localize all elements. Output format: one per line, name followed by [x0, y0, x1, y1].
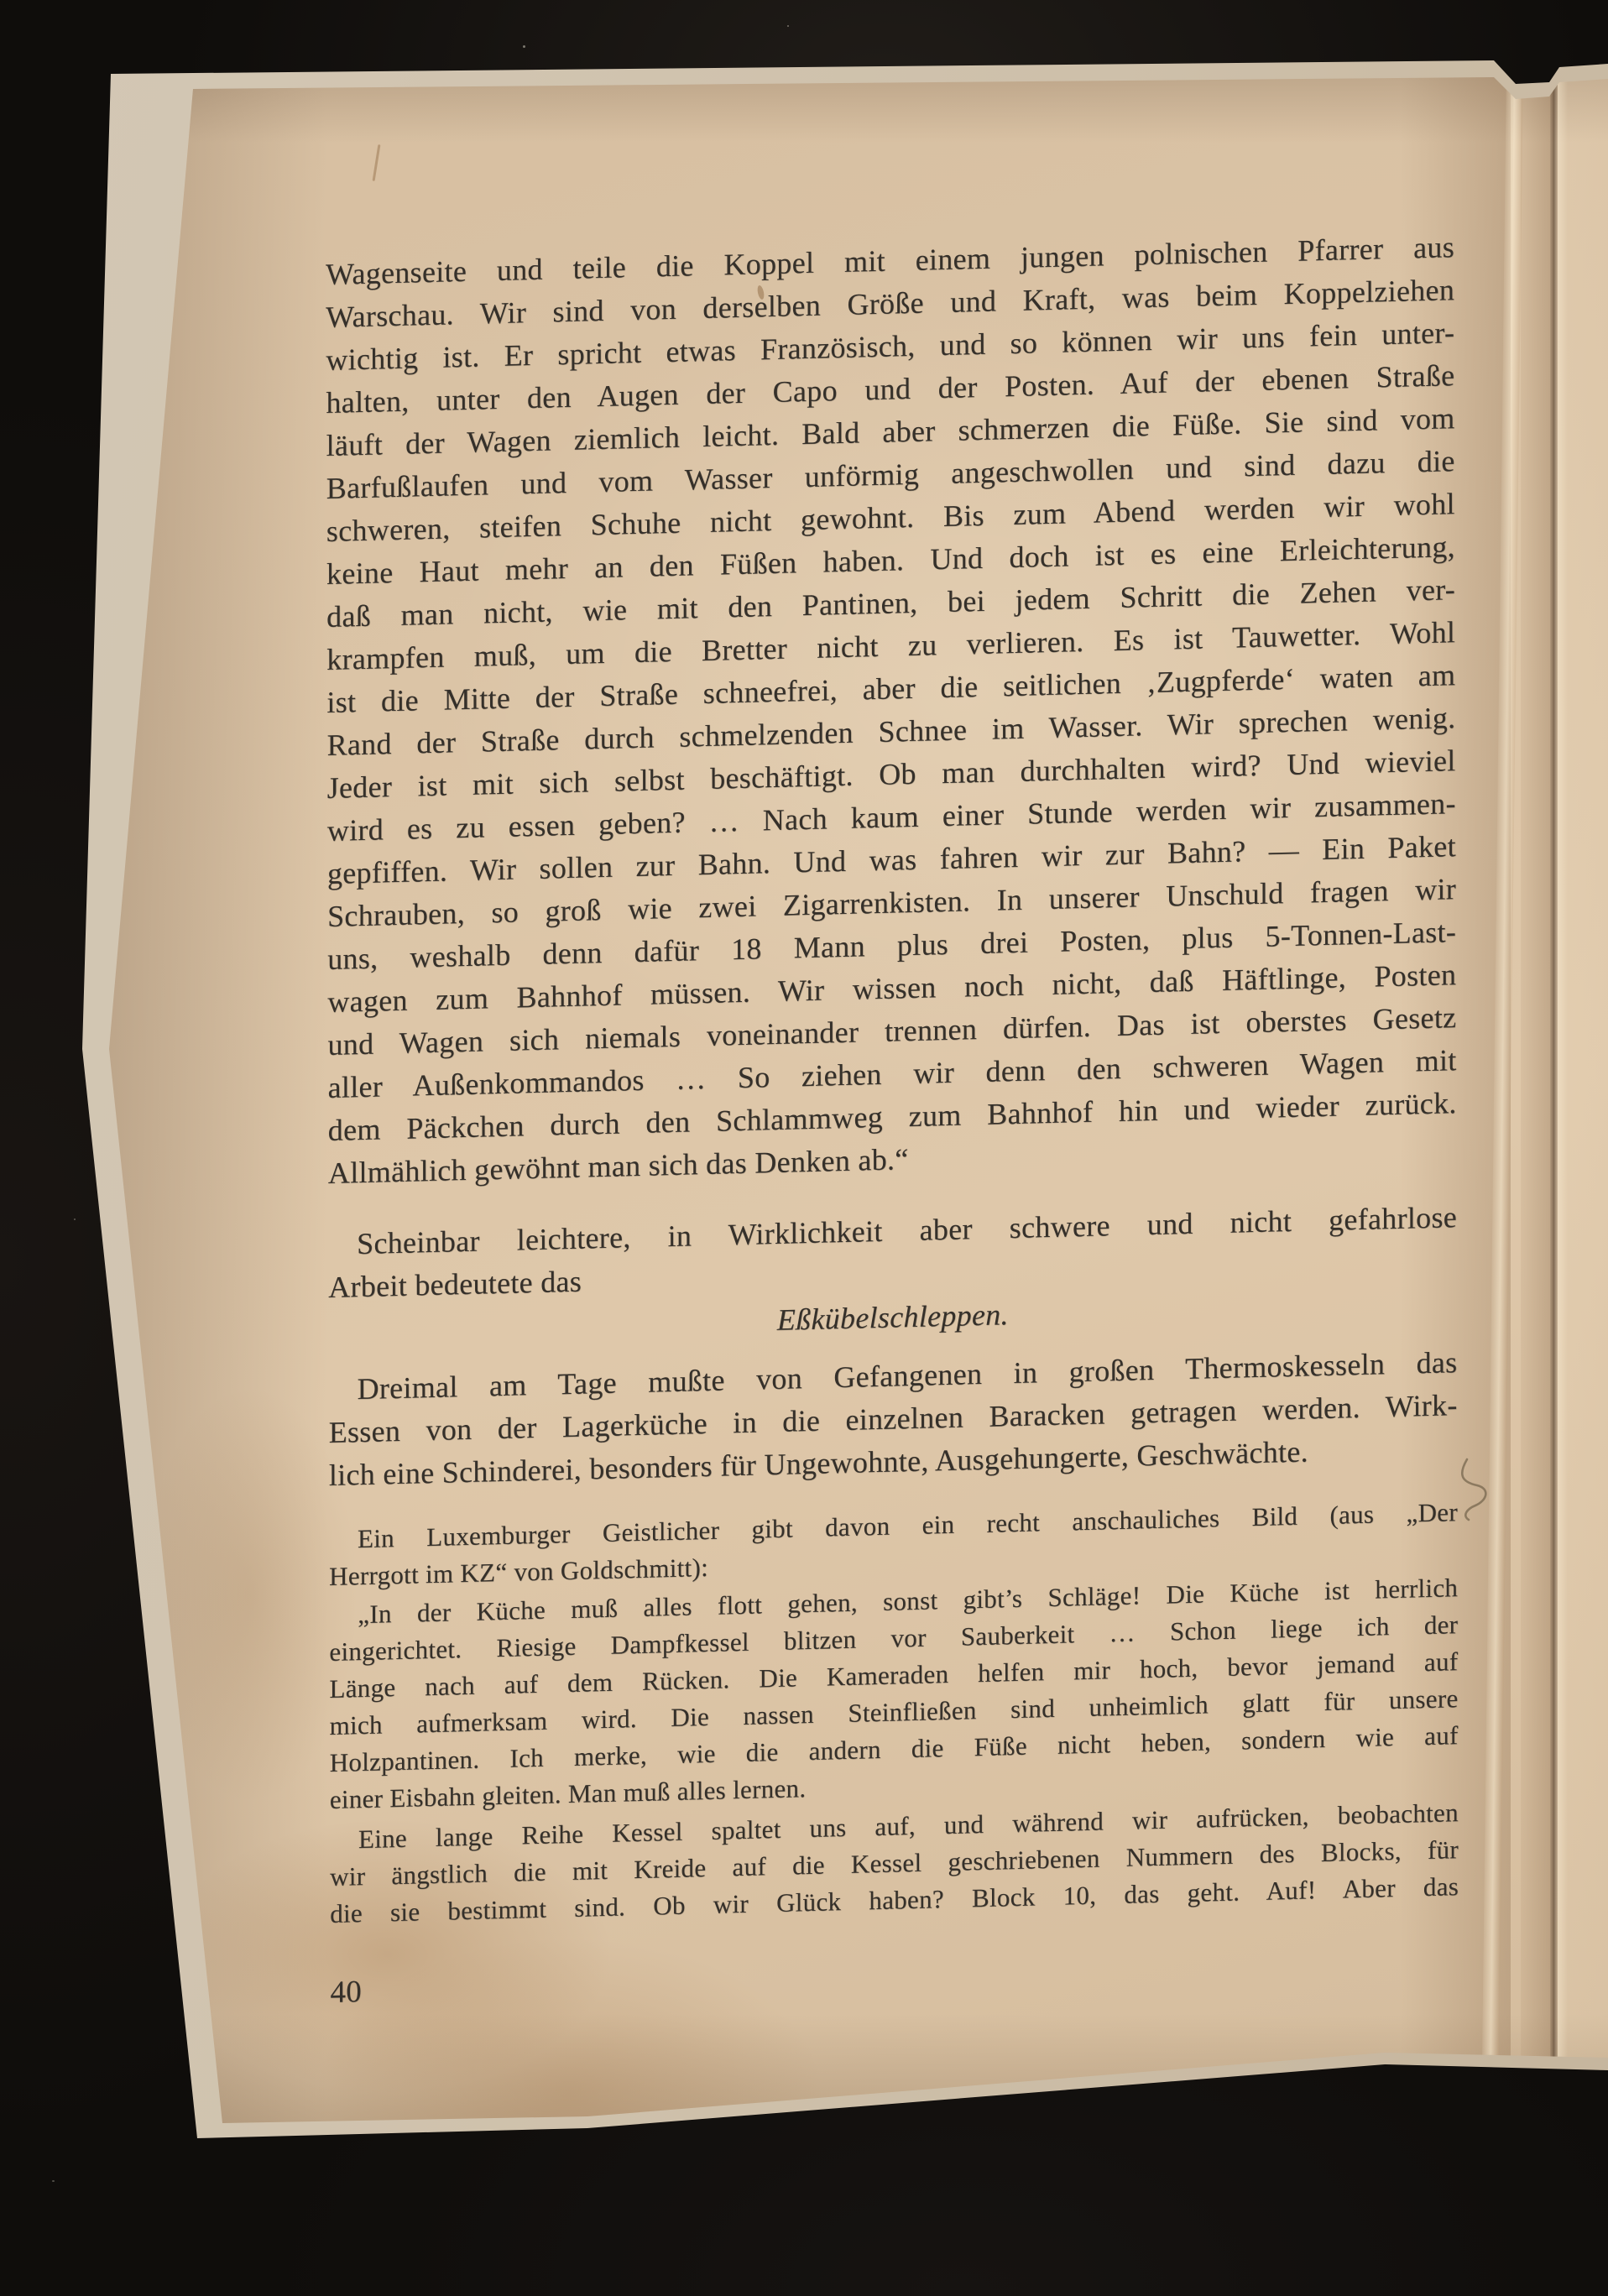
page-number: 40	[330, 1944, 1459, 2014]
dust-speck	[787, 25, 789, 27]
dust-speck	[52, 2180, 55, 2182]
paragraph: Wagenseite und teile die Koppel mit eine…	[326, 226, 1457, 1195]
hair-mark	[1457, 1457, 1497, 1522]
scratch-mark	[373, 144, 381, 181]
gutter-crease-line	[1550, 0, 1558, 2296]
paragraphs: Wagenseite und teile die Koppel mit eine…	[326, 226, 1459, 1933]
dust-speck	[523, 45, 525, 48]
book-page: Wagenseite und teile die Koppel mit eine…	[0, 0, 1608, 2296]
book-photo-scene: Wagenseite und teile die Koppel mit eine…	[0, 0, 1608, 2296]
text-block: Wagenseite und teile die Koppel mit eine…	[326, 226, 1459, 2014]
paragraph: „In der Küche muß alles flott gehen, son…	[329, 1569, 1459, 1819]
paragraph: Eine lange Reihe Kessel spaltet uns auf,…	[330, 1794, 1459, 1933]
dust-speck	[74, 1218, 76, 1220]
gutter-curve-shade	[1521, 0, 1554, 2296]
paragraph: Dreimal am Tage mußte von Gefangenen in …	[328, 1341, 1457, 1497]
adjacent-page-edge	[1558, 0, 1608, 2296]
